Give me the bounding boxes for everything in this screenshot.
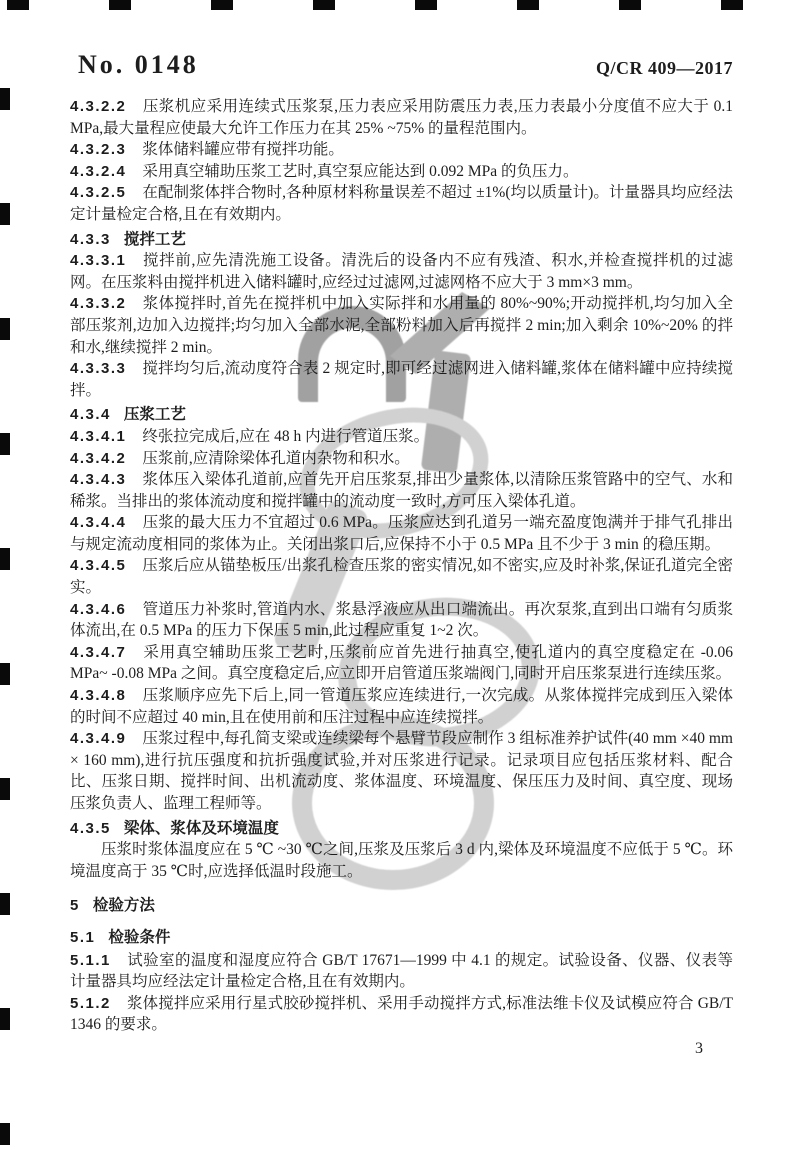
clause-text: 采用真空辅助压浆工艺时,真空泵应能达到 0.092 MPa 的负压力。 bbox=[142, 163, 578, 180]
clause-paragraph: 4.3.4.6管道压力补浆时,管道内水、浆悬浮液应从出口端流出。再次泵浆,直到出… bbox=[70, 599, 733, 642]
clause-text: 压浆前,应清除梁体孔道内杂物和积水。 bbox=[142, 450, 409, 467]
clause-paragraph: 4.3.2.3浆体储料罐应带有搅拌功能。 bbox=[70, 139, 733, 161]
clause-text: 压浆时浆体温度应在 5 ℃ ~30 ℃之间,压浆及压浆后 3 d 内,梁体及环境… bbox=[70, 841, 733, 880]
clause-paragraph: 4.3.3.1搅拌前,应先清洗施工设备。清洗后的设备内不应有残渣、积水,并检查搅… bbox=[70, 250, 733, 293]
section-heading: 5.1检验条件 bbox=[70, 927, 733, 949]
clause-number: 5.1.2 bbox=[70, 995, 111, 1012]
heading-text: 搅拌工艺 bbox=[124, 231, 186, 248]
clause-number: 4.3.4.4 bbox=[70, 514, 126, 531]
clause-text: 压浆的最大压力不宜超过 0.6 MPa。压浆应达到孔道另一端充盈度饱满并于排气孔… bbox=[70, 514, 733, 553]
clause-number: 4.3.2.5 bbox=[70, 184, 126, 201]
clause-number: 4.3.4.2 bbox=[70, 450, 126, 467]
clause-number: 4.3.4.7 bbox=[70, 644, 126, 661]
clause-paragraph: 4.3.3.3搅拌均匀后,流动度符合表 2 规定时,即可经过滤网进入储料罐,浆体… bbox=[70, 358, 733, 401]
clause-paragraph: 5.1.1试验室的温度和湿度应符合 GB/T 17671—1999 中 4.1 … bbox=[70, 950, 733, 993]
clause-paragraph: 4.3.3.2浆体搅拌时,首先在搅拌机中加入实际拌和水用量的 80%~90%;开… bbox=[70, 293, 733, 358]
section-heading: 4.3.5梁体、浆体及环境温度 bbox=[70, 818, 733, 840]
clause-paragraph: 4.3.4.4压浆的最大压力不宜超过 0.6 MPa。压浆应达到孔道另一端充盈度… bbox=[70, 512, 733, 555]
clause-text: 压浆后应从锚垫板压/出浆孔检查压浆的密实情况,如不密实,应及时补浆,保证孔道完全… bbox=[70, 557, 733, 596]
clause-number: 4.3.3.2 bbox=[70, 295, 126, 312]
heading-text: 检验方法 bbox=[93, 897, 155, 914]
clause-text: 压浆顺序应先下后上,同一管道压浆应连续进行,一次完成。从浆体搅拌完成到压入梁体的… bbox=[70, 687, 733, 726]
doc-serial-number: No. 0148 bbox=[78, 50, 199, 80]
clause-number: 4.3.2.2 bbox=[70, 98, 126, 115]
clause-text: 搅拌前,应先清洗施工设备。清洗后的设备内不应有残渣、积水,并检查搅拌机的过滤网。… bbox=[70, 252, 733, 291]
clause-paragraph: 4.3.4.1终张拉完成后,应在 48 h 内进行管道压浆。 bbox=[70, 426, 733, 448]
clause-number: 4.3.3.1 bbox=[70, 252, 126, 269]
clause-paragraph: 4.3.2.2压浆机应采用连续式压浆泵,压力表应采用防震压力表,压力表最小分度值… bbox=[70, 96, 733, 139]
heading-text: 压浆工艺 bbox=[124, 406, 186, 423]
document-page: No. 0148 Q/CR 409—2017 4.3.2.2压浆机应采用连续式压… bbox=[0, 0, 800, 1161]
clause-number: 4.3.4.3 bbox=[70, 471, 126, 488]
clause-text: 压浆机应采用连续式压浆泵,压力表应采用防震压力表,压力表最小分度值不应大于 0.… bbox=[70, 98, 733, 137]
clause-text: 压浆过程中,每孔简支梁或连续梁每个悬臂节段应制作 3 组标准养护试件(40 mm… bbox=[70, 730, 733, 812]
clause-number: 4.3.5 bbox=[70, 820, 111, 837]
clause-text: 浆体压入梁体孔道前,应首先开启压浆泵,排出少量浆体,以清除压浆管路中的空气、水和… bbox=[70, 471, 733, 510]
clause-number: 4.3.3 bbox=[70, 231, 111, 248]
clause-paragraph: 4.3.4.9压浆过程中,每孔简支梁或连续梁每个悬臂节段应制作 3 组标准养护试… bbox=[70, 728, 733, 814]
clause-text: 浆体搅拌时,首先在搅拌机中加入实际拌和水用量的 80%~90%;开动搅拌机,均匀… bbox=[70, 295, 733, 355]
clause-text: 浆体储料罐应带有搅拌功能。 bbox=[142, 141, 344, 158]
clause-text: 浆体搅拌应采用行星式胶砂搅拌机、采用手动搅拌方式,标准法维卡仪及试模应符合 GB… bbox=[70, 995, 733, 1034]
clause-number: 4.3.4.6 bbox=[70, 601, 126, 618]
clause-text: 在配制浆体拌合物时,各种原材料称量误差不超过 ±1%(均以质量计)。计量器具均应… bbox=[70, 184, 733, 223]
clause-number: 4.3.4.1 bbox=[70, 428, 126, 445]
clause-number: 4.3.4.5 bbox=[70, 557, 126, 574]
clause-number: 4.3.2.3 bbox=[70, 141, 126, 158]
scan-timing-marks-left bbox=[0, 88, 10, 1156]
section-heading: 4.3.4压浆工艺 bbox=[70, 404, 733, 426]
scan-timing-marks-top bbox=[7, 0, 767, 10]
clause-text: 采用真空辅助压浆工艺时,压浆前应首先进行抽真空,使孔道内的真空度稳定在 -0.0… bbox=[70, 644, 733, 683]
clause-number: 4.3.3.3 bbox=[70, 360, 126, 377]
clause-text: 试验室的温度和湿度应符合 GB/T 17671—1999 中 4.1 的规定。试… bbox=[70, 952, 733, 991]
clause-text: 管道压力补浆时,管道内水、浆悬浮液应从出口端流出。再次泵浆,直到出口端有匀质浆体… bbox=[70, 601, 733, 640]
clause-paragraph: 4.3.4.8压浆顺序应先下后上,同一管道压浆应连续进行,一次完成。从浆体搅拌完… bbox=[70, 685, 733, 728]
body-paragraph: 压浆时浆体温度应在 5 ℃ ~30 ℃之间,压浆及压浆后 3 d 内,梁体及环境… bbox=[70, 839, 733, 882]
clause-paragraph: 4.3.4.3浆体压入梁体孔道前,应首先开启压浆泵,排出少量浆体,以清除压浆管路… bbox=[70, 469, 733, 512]
page-number: 3 bbox=[695, 1040, 703, 1058]
standard-code: Q/CR 409—2017 bbox=[596, 58, 733, 79]
clause-number: 4.3.4.9 bbox=[70, 730, 126, 747]
clause-paragraph: 4.3.2.4采用真空辅助压浆工艺时,真空泵应能达到 0.092 MPa 的负压… bbox=[70, 161, 733, 183]
clause-number: 4.3.4 bbox=[70, 406, 111, 423]
clause-number: 5.1.1 bbox=[70, 952, 111, 969]
heading-text: 梁体、浆体及环境温度 bbox=[124, 820, 279, 837]
body-text: 4.3.2.2压浆机应采用连续式压浆泵,压力表应采用防震压力表,压力表最小分度值… bbox=[70, 96, 733, 1036]
clause-paragraph: 5.1.2浆体搅拌应采用行星式胶砂搅拌机、采用手动搅拌方式,标准法维卡仪及试模应… bbox=[70, 993, 733, 1036]
section-heading: 4.3.3搅拌工艺 bbox=[70, 229, 733, 251]
heading-text: 检验条件 bbox=[108, 929, 170, 946]
clause-paragraph: 4.3.4.7采用真空辅助压浆工艺时,压浆前应首先进行抽真空,使孔道内的真空度稳… bbox=[70, 642, 733, 685]
clause-number: 4.3.2.4 bbox=[70, 163, 126, 180]
clause-number: 5.1 bbox=[70, 929, 95, 946]
clause-paragraph: 4.3.2.5在配制浆体拌合物时,各种原材料称量误差不超过 ±1%(均以质量计)… bbox=[70, 182, 733, 225]
clause-text: 终张拉完成后,应在 48 h 内进行管道压浆。 bbox=[142, 428, 429, 445]
clause-paragraph: 4.3.4.5压浆后应从锚垫板压/出浆孔检查压浆的密实情况,如不密实,应及时补浆… bbox=[70, 555, 733, 598]
clause-number: 4.3.4.8 bbox=[70, 687, 126, 704]
clause-number: 5 bbox=[70, 897, 80, 914]
clause-text: 搅拌均匀后,流动度符合表 2 规定时,即可经过滤网进入储料罐,浆体在储料罐中应持… bbox=[70, 360, 733, 399]
clause-paragraph: 4.3.4.2压浆前,应清除梁体孔道内杂物和积水。 bbox=[70, 448, 733, 470]
section-heading: 5检验方法 bbox=[70, 895, 733, 917]
